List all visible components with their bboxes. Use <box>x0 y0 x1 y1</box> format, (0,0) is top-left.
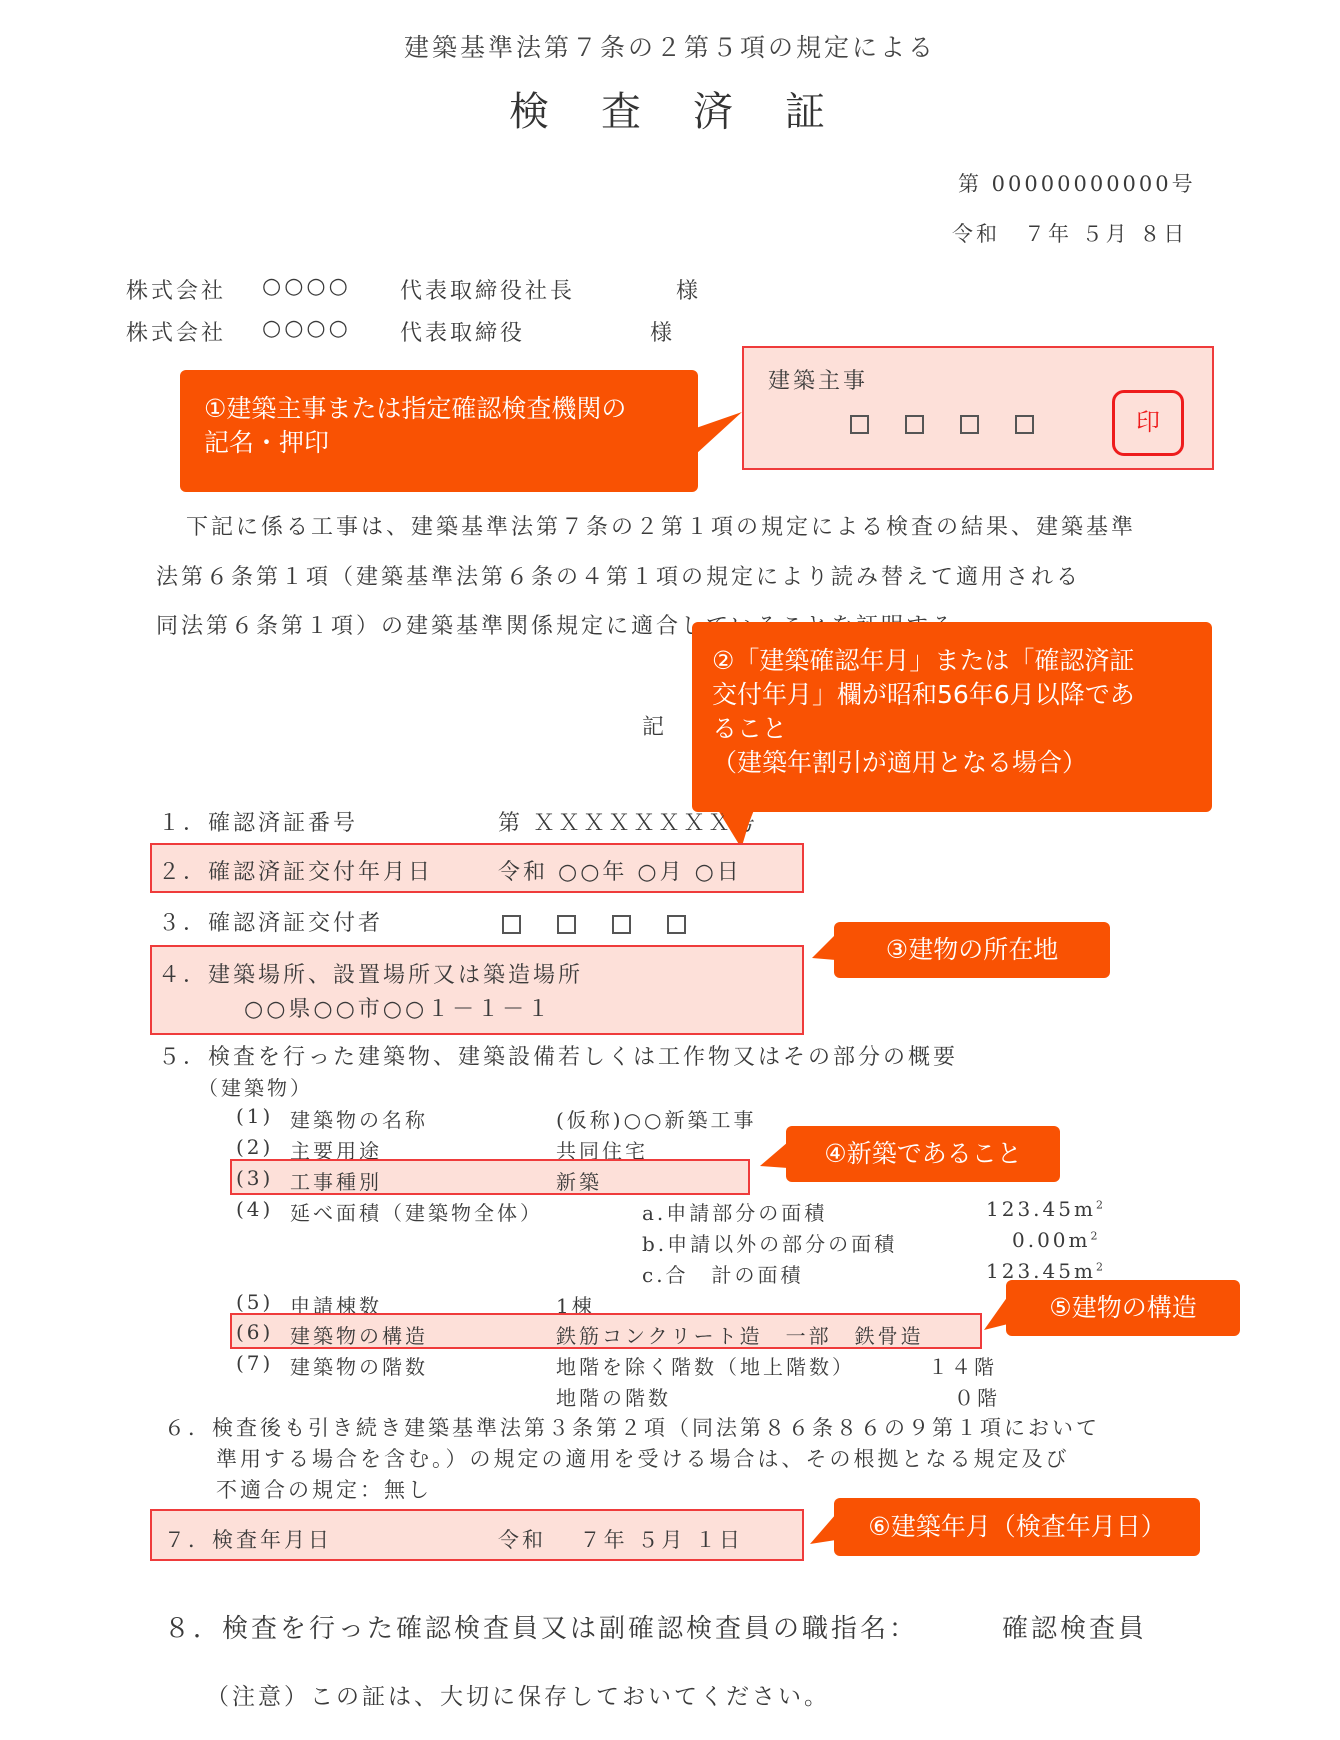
row-6-label: 建築物の構造 <box>290 1320 428 1349</box>
item-6-line-2: 準用する場合を含む。）の規定の適用を受ける場合は、その根拠となる規定及び <box>216 1443 1070 1473</box>
document-number: 第 00000000000号 <box>958 168 1196 198</box>
floors-below-label: 地階の階数 <box>556 1382 671 1411</box>
addressee-name: ○○○○ <box>262 274 351 299</box>
row-1-num: (1) <box>236 1104 273 1128</box>
body-line-2: 法第６条第１項（建築基準法第６条の４第１項の規定により読み替えて適用される <box>156 560 1081 591</box>
item-6-line-3: 不適合の規定：無し <box>216 1474 432 1504</box>
issuer-box: 建築主事 印 <box>742 346 1214 470</box>
placeholder-box-icon <box>667 915 686 934</box>
placeholder-box-icon <box>502 915 521 934</box>
callout-1-pointer <box>696 408 746 458</box>
row-2-num: (2) <box>236 1135 273 1159</box>
seal-label: 印 <box>1136 408 1160 436</box>
callout-2-line-2: 交付年月」欄が昭和56年6月以降であ <box>712 678 1192 712</box>
callout-3-text: ③建物の所在地 <box>886 935 1058 964</box>
callout-1-line-1: ①建築主事または指定確認検査機関の <box>204 392 674 426</box>
item-7-label: ７．検査年月日 <box>164 1524 332 1554</box>
area-a-unit: 2 <box>1096 1198 1106 1211</box>
area-b-number: 0.00m <box>1012 1228 1091 1252</box>
addressee-name: ○○○○ <box>262 316 351 341</box>
area-c-unit: 2 <box>1096 1260 1106 1273</box>
item-3-value <box>502 914 722 934</box>
item-4-value: ○○県○○市○○１－１－１ <box>244 992 552 1023</box>
row-1-label: 建築物の名称 <box>290 1104 428 1133</box>
subtitle: 建築基準法第７条の２第５項の規定による <box>0 28 1340 64</box>
row-5-num: (5) <box>236 1290 273 1314</box>
note: （注意）この証は、大切に保存しておいてください。 <box>206 1678 830 1711</box>
floors-below-value: ０階 <box>954 1382 1000 1411</box>
addressee-role: 代表取締役社長 <box>400 274 575 305</box>
row-3-value: 新築 <box>556 1166 602 1195</box>
area-a-label: a.申請部分の面積 <box>642 1197 827 1226</box>
item-4-label: ４．建築場所、設置場所又は築造場所 <box>158 958 583 989</box>
item-5-sublabel: （建築物） <box>198 1072 313 1101</box>
addressee-company: 株式会社 <box>126 274 226 305</box>
callout-5: ⑤建物の構造 <box>1006 1280 1240 1336</box>
area-a-number: 123.45m <box>986 1197 1096 1221</box>
ki-label: 記 <box>642 710 667 741</box>
row-4-label: 延べ面積（建築物全体） <box>290 1197 543 1226</box>
row-6-num: (6) <box>236 1320 273 1344</box>
page-title: 検 査 済 証 <box>0 80 1340 137</box>
item-8-label: ８．検査を行った確認検査員又は副確認検査員の職指名： <box>164 1608 918 1645</box>
item-2-value: 令和 ○○年 ○月 ○日 <box>498 855 742 886</box>
callout-1-line-2: 記名・押印 <box>204 426 674 460</box>
placeholder-box-icon <box>612 915 631 934</box>
row-6-value: 鉄筋コンクリート造 一部 鉄骨造 <box>556 1320 924 1349</box>
item-8-value: 確認検査員 <box>1002 1608 1147 1645</box>
callout-6-pointer <box>810 1514 838 1548</box>
callout-2-line-4: （建築年割引が適用となる場合） <box>712 746 1192 780</box>
floors-above-label: 地階を除く階数（地上階数） <box>556 1351 855 1380</box>
row-3-num: (3) <box>236 1166 273 1190</box>
addressee-role: 代表取締役 <box>400 316 525 347</box>
placeholder-box-icon <box>905 415 924 434</box>
area-b-unit: 2 <box>1091 1229 1101 1242</box>
callout-5-text: ⑤建物の構造 <box>1049 1293 1196 1322</box>
callout-4: ④新築であること <box>786 1126 1060 1182</box>
area-b-value: 0.00m2 <box>1012 1228 1101 1252</box>
area-c-label: c.合 計の面積 <box>642 1259 804 1288</box>
callout-5-pointer <box>984 1296 1010 1336</box>
body-line-1: 下記に係る工事は、建築基準法第７条の２第１項の規定による検査の結果、建築基準 <box>186 510 1136 541</box>
area-a-value: 123.45m2 <box>986 1197 1106 1221</box>
row-7-num: (7) <box>236 1351 273 1375</box>
callout-2: ②「建築確認年月」または「確認済証 交付年月」欄が昭和56年6月以降であ ること… <box>692 622 1212 812</box>
callout-6: ⑥建築年月（検査年月日） <box>834 1498 1200 1556</box>
row-7-label: 建築物の階数 <box>290 1351 428 1380</box>
callout-1: ①建築主事または指定確認検査機関の 記名・押印 <box>180 370 698 492</box>
placeholder-box-icon <box>850 415 869 434</box>
floors-above-value: １４階 <box>928 1351 997 1380</box>
placeholder-box-icon <box>557 915 576 934</box>
issuer-name-placeholder <box>850 414 1070 434</box>
seal-stamp: 印 <box>1112 390 1184 456</box>
callout-4-pointer <box>760 1142 790 1172</box>
issue-date: 令和 ７年 ５月 ８日 <box>952 218 1187 248</box>
item-2-label: ２．確認済証交付年月日 <box>158 855 433 886</box>
addressee-suffix: 様 <box>676 274 701 305</box>
item-6-line-1: ６．検査後も引き続き建築基準法第３条第２項（同法第８６条８６の９第１項において <box>164 1412 1100 1442</box>
callout-3-pointer <box>812 934 838 964</box>
placeholder-box-icon <box>960 415 979 434</box>
issuer-label: 建築主事 <box>768 364 868 395</box>
item-3-label: ３．確認済証交付者 <box>158 906 383 937</box>
item-5-label: ５．検査を行った建築物、建築設備若しくは工作物又はその部分の概要 <box>158 1040 958 1071</box>
addressee-suffix: 様 <box>650 316 675 347</box>
callout-4-text: ④新築であること <box>824 1139 1021 1168</box>
callout-6-text: ⑥建築年月（検査年月日） <box>868 1512 1165 1541</box>
area-b-label: b.申請以外の部分の面積 <box>642 1228 897 1257</box>
row-3-label: 工事種別 <box>290 1166 382 1195</box>
addressee-company: 株式会社 <box>126 316 226 347</box>
callout-3: ③建物の所在地 <box>834 922 1110 978</box>
callout-2-line-1: ②「建築確認年月」または「確認済証 <box>712 644 1192 678</box>
row-1-value: (仮称)○○新築工事 <box>556 1104 757 1133</box>
placeholder-box-icon <box>1015 415 1034 434</box>
item-1-label: １．確認済証番号 <box>158 806 358 837</box>
item-7-value: 令和 ７年 ５月 １日 <box>498 1524 743 1554</box>
row-4-num: (4) <box>236 1197 273 1221</box>
callout-2-line-3: ること <box>712 712 1192 746</box>
